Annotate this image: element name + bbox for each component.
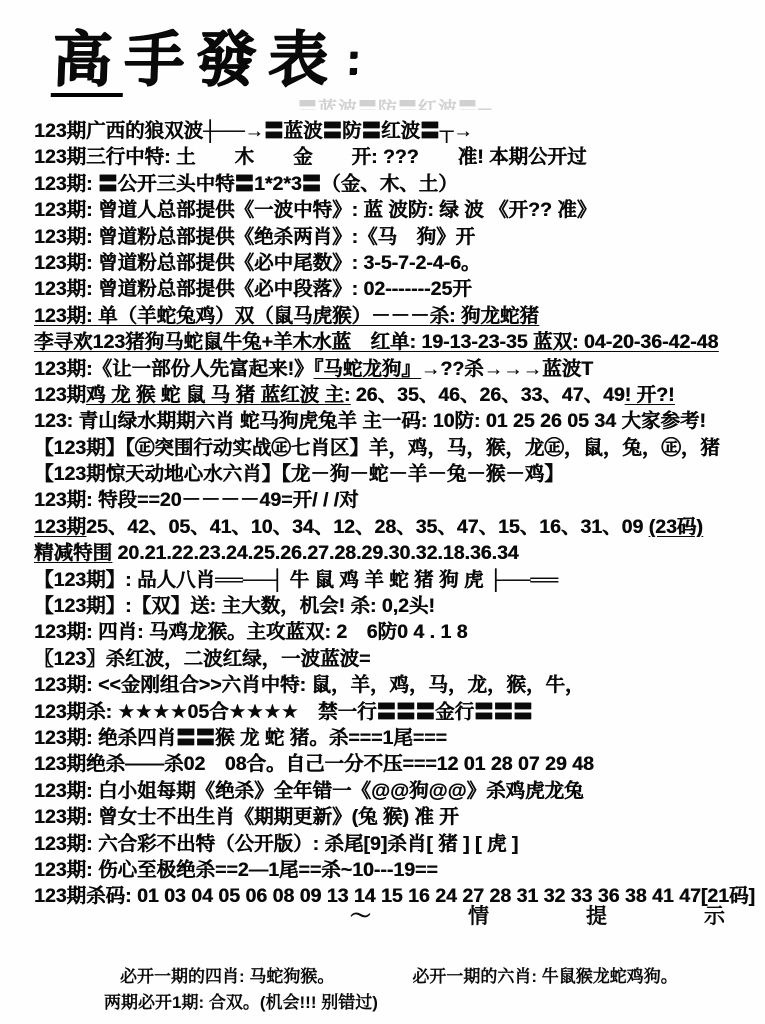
text-segment: 123期: 〓公开三头中特〓1*2*3〓（金、木、土） [34,173,458,195]
text-segment: 123期: 伤心至极绝杀==2—1尾==杀~10---19== [34,859,438,881]
footnote-line-1: 必开一期的四肖: 马蛇狗猴。必开一期的六肖: 牛鼠猴龙蛇鸡狗。 [120,962,745,987]
text-segment: 123期: 白小姐每期《绝杀》全年错一《@@狗@@》杀鸡虎龙兔 [34,780,584,802]
text-line: 123期: 绝杀四肖〓〓猴 龙 蛇 猪。杀===1尾=== [34,725,765,751]
text-segment: 【123期】: 品人八肖══──┤ 牛 鼠 鸡 羊 蛇 猪 狗 虎 ├──══ [34,569,558,591]
text-segment: 李寻欢123猪狗马蛇鼠牛兔+羊木水蓝 红单: 19-13-23-35 蓝双: 0… [34,331,718,353]
text-segment: 123期 [34,516,86,538]
page-title: 高手發表: [51,18,363,102]
text-line: 123期: 曾女士不出生肖《期期更新》(兔 猴) 准 开 [34,804,765,830]
text-line: 123期杀: ★★★★05合★★★★ 禁一行〓〓〓金行〓〓〓 [34,699,765,725]
title-colon: : [345,35,361,84]
text-segment: →??杀→→→蓝波T [421,358,593,380]
text-line: 123期鸡 龙 猴 蛇 鼠 马 猪 蓝红波 主: 26、35、46、26、33、… [34,382,765,408]
text-line: 123期广西的狼双波┼──→〓蓝波〓防〓红波〓┬→ [34,118,765,144]
title-first-char: 高 [51,26,125,97]
text-segment: 『马蛇龙狗』 [314,358,421,380]
text-line: 123期: 〓公开三头中特〓1*2*3〓（金、木、土） [34,171,765,197]
text-line: 李寻欢123猪狗马蛇鼠牛兔+羊木水蓝 红单: 19-13-23-35 蓝双: 0… [34,329,765,355]
text-line: 〖123〗杀红波，二波红绿，一波蓝波= [34,646,765,672]
text-line: 【123期】【㊣突围行动实战㊣七肖区】羊，鸡，马，猴，龙㊣，鼠，兔，㊣，猪 [34,435,765,461]
text-line: 123期: <<金刚组合>>六肖中特: 鼠，羊，鸡，马，龙，猴，牛， [34,672,765,698]
text-segment: 123期: 曾道粉总部提供《必中段落》: 02-------25开 [34,278,472,300]
text-segment: 123期: <<金刚组合>>六肖中特: 鼠，羊，鸡，马，龙，猴，牛， [34,674,584,696]
text-segment: 【123期】:【双】送: 主大数，机会! 杀: 0,2头! [34,595,435,617]
title-rest: 手發表 [123,26,341,93]
text-segment: 123期: 曾道人总部提供《一波中特》: 蓝 波防: 绿 波 《开?? 准》 [34,199,596,221]
text-segment: 123期绝杀——杀02 08合。自己一分不压===12 01 28 07 29 … [34,753,594,775]
text-segment: 20.21.22.23.24.25.26.27.28.29.30.32.18.3… [112,542,519,564]
text-segment: 123: 青山绿水期期六肖 蛇马狗虎兔羊 主一码: 10防: 01 25 26 … [34,410,706,432]
footnote-double-tip: 两期必开1期: 合双。(机会!!! 别错过) [104,993,378,1012]
text-segment: 25、42、05、41、10、34、12、28、35、47、15、16、31、0… [86,516,649,538]
text-line: 123期: 单（羊蛇兔鸡）双（鼠马虎猴）－－－杀: 狗龙蛇猪 [34,303,765,329]
text-segment: 123期三行中特: 土 木 金 开: ??? 准! 本期公开过 [34,146,587,168]
notice-char: 〜 [350,900,371,930]
text-line: 123期: 曾道粉总部提供《必中段落》: 02-------25开 [34,276,765,302]
text-line: 123期: 曾道粉总部提供《绝杀两肖》:《马 狗》开 [34,224,765,250]
text-line: 【123期】:【双】送: 主大数，机会! 杀: 0,2头! [34,593,765,619]
text-line: 123期:《让一部份人先富起来!》『马蛇龙狗』→??杀→→→蓝波T [34,356,765,382]
text-segment: 123期: 单（羊蛇兔鸡）双（鼠马虎猴）－－－杀: 狗龙蛇猪 [34,305,539,327]
text-segment: 26、35、46、26、33、47、49 [350,384,624,406]
text-segment: 123期 [34,384,86,406]
scanned-tip-sheet: 高手發表: 〓蓝波〓防〓红波〓┬ 123期广西的狼双波┼──→〓蓝波〓防〓红波〓… [0,0,765,1024]
text-segment: 123期: 特段==20－－－－49=开/ / /对 [34,489,359,511]
text-segment: ! 开?! [625,384,675,406]
body-text-block: 123期广西的狼双波┼──→〓蓝波〓防〓红波〓┬→123期三行中特: 土 木 金… [34,118,765,910]
text-line: 123: 青山绿水期期六肖 蛇马狗虎兔羊 主一码: 10防: 01 25 26 … [34,408,765,434]
text-line: 123期25、42、05、41、10、34、12、28、35、47、15、16、… [34,514,765,540]
text-line: 123期: 特段==20－－－－49=开/ / /对 [34,487,765,513]
notice-char: 情 [468,900,489,930]
text-line: 123期: 曾道人总部提供《一波中特》: 蓝 波防: 绿 波 《开?? 准》 [34,197,765,223]
text-line: 123期: 六合彩不出特（公开版）: 杀尾[9]杀肖[ 猪 ] [ 虎 ] [34,831,765,857]
text-line: 123期三行中特: 土 木 金 开: ??? 准! 本期公开过 [34,144,765,170]
text-segment: (23码) [649,516,703,538]
text-segment: 【123期】【㊣突围行动实战㊣七肖区】羊，鸡，马，猴，龙㊣，鼠，兔，㊣，猪 [34,437,720,459]
notice-char: 示 [704,900,725,930]
footnote-six-zodiac: 必开一期的六肖: 牛鼠猴龙蛇鸡狗。 [412,967,677,986]
text-segment: 精减特围 [34,542,112,564]
text-line: 精减特围 20.21.22.23.24.25.26.27.28.29.30.32… [34,540,765,566]
text-segment: 【123期惊天动地心水六肖】【龙－狗－蛇－羊－兔－猴－鸡】 [34,463,564,485]
text-line: 123期: 曾道粉总部提供《必中尾数》: 3-5-7-2-4-6。 [34,250,765,276]
erased-text-artifact: 〓蓝波〓防〓红波〓┬ [298,94,492,110]
footnote-line-2: 两期必开1期: 合双。(机会!!! 别错过) [104,988,378,1013]
text-segment: 123期: 四肖: 马鸡龙猴。主攻蓝双: 2 6防0 4 . 1 8 [34,621,467,643]
text-segment: 123期: 曾道粉总部提供《必中尾数》: 3-5-7-2-4-6。 [34,252,480,274]
text-segment: 鸡 龙 猴 蛇 鼠 马 猪 蓝红波 主: [86,384,350,406]
text-segment: 123期: 绝杀四肖〓〓猴 龙 蛇 猪。杀===1尾=== [34,727,447,749]
text-line: 123期: 白小姐每期《绝杀》全年错一《@@狗@@》杀鸡虎龙兔 [34,778,765,804]
text-line: 【123期惊天动地心水六肖】【龙－狗－蛇－羊－兔－猴－鸡】 [34,461,765,487]
text-segment: 123期杀: ★★★★05合★★★★ 禁一行〓〓〓金行〓〓〓 [34,701,533,723]
text-segment: 〖123〗杀红波，二波红绿，一波蓝波= [34,648,370,670]
footnote-four-zodiac: 必开一期的四肖: 马蛇狗猴。 [120,967,334,986]
text-line: 【123期】: 品人八肖══──┤ 牛 鼠 鸡 羊 蛇 猪 狗 虎 ├──══ [34,567,765,593]
text-line: 123期: 伤心至极绝杀==2—1尾==杀~10---19== [34,857,765,883]
text-segment: 123期: 曾女士不出生肖《期期更新》(兔 猴) 准 开 [34,806,459,828]
notice-line: 〜情提示 [350,900,725,930]
text-line: 123期: 四肖: 马鸡龙猴。主攻蓝双: 2 6防0 4 . 1 8 [34,619,765,645]
text-segment: 123期:《让一部份人先富起来!》 [34,358,314,380]
text-segment: 123期广西的狼双波┼──→〓蓝波〓防〓红波〓┬→ [34,120,473,142]
text-line: 123期绝杀——杀02 08合。自己一分不压===12 01 28 07 29 … [34,751,765,777]
notice-char: 提 [586,900,607,930]
text-segment: 123期: 六合彩不出特（公开版）: 杀尾[9]杀肖[ 猪 ] [ 虎 ] [34,833,518,855]
text-segment: 123期: 曾道粉总部提供《绝杀两肖》:《马 狗》开 [34,226,475,248]
